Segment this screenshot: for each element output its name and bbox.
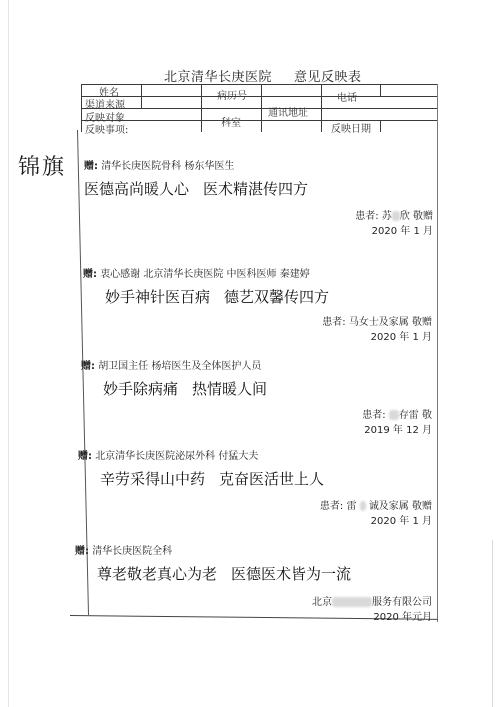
feedback-form-header: 姓名 病历号 电话 渠道来源 通讯地址 反映对象 科室 反映日期 反映事项: — [81, 84, 438, 132]
slogan: 医德高尚暖人心医术精湛传四方 — [84, 178, 308, 199]
form-line — [81, 84, 438, 85]
form-line — [321, 84, 322, 132]
recipient-line: 赠: 清华长庚医院骨科 杨东华医生 — [84, 157, 308, 172]
field-label-address: 通讯地址 — [268, 104, 308, 119]
slogan: 尊老敬老真心为老医德医术皆为一流 — [97, 563, 351, 584]
scan-edge-left — [8, 0, 9, 707]
field-label-department: 科室 — [221, 114, 241, 129]
hospital-name: 北京清华长庚医院 — [164, 70, 272, 85]
donation-date: 2020 年 1 月 — [355, 224, 433, 239]
recipient-line: 赠: 北京清华长庚医院泌尿外科 付猛大夫 — [78, 447, 324, 462]
signature-block: 患者: 苏欣 敬赠 2020 年 1 月 — [355, 209, 433, 239]
redacted-text — [392, 211, 400, 221]
slogan: 妙手除病痛热情暖人间 — [103, 378, 267, 399]
donation-date: 2020 年 1 月 — [322, 330, 432, 345]
banner-entry: 赠: 北京清华长庚医院泌尿外科 付猛大夫 辛劳采得山中药克奋医活世上人 — [78, 447, 324, 489]
banner-entry: 赠: 清华长庚医院骨科 杨东华医生 医德高尚暖人心医术精湛传四方 — [84, 157, 308, 199]
field-label-date: 反映日期 — [331, 120, 371, 135]
recipient-line: 赠: 衷心感谢 北京清华长庚医院 中医科医师 秦建婷 — [83, 265, 329, 280]
field-label-matters: 反映事项: — [85, 121, 128, 136]
recipient-line: 赠: 清华长庚医院全科 — [75, 542, 351, 557]
redacted-text — [332, 597, 372, 607]
banner-entry: 赠: 衷心感谢 北京清华长庚医院 中医科医师 秦建婷 妙手神针医百病德艺双馨传四… — [83, 265, 329, 307]
slogan: 辛劳采得山中药克奋医活世上人 — [100, 468, 324, 489]
scan-edge-right — [492, 540, 493, 707]
form-line — [81, 96, 438, 97]
recipient: 清华长庚医院骨科 杨东华医生 — [101, 161, 234, 172]
recipient: 清华长庚医院全科 — [92, 546, 172, 557]
form-line — [141, 84, 142, 108]
banner-entry: 赠: 胡卫国主任 杨培医生及全体医护人员 妙手除病痛热情暖人间 — [81, 357, 267, 399]
donation-date: 2020 年 1 月 — [320, 514, 432, 529]
donor-line: 患者: 马女士及家属 敬赠 — [322, 315, 432, 330]
redacted-text — [360, 501, 366, 511]
page-title: 北京清华长庚医院意见反映表 — [164, 66, 362, 85]
redacted-text — [389, 410, 399, 420]
form-line — [201, 84, 202, 132]
signature-block: 患者: 马女士及家属 敬赠 2020 年 1 月 — [322, 315, 432, 345]
form-line — [261, 84, 262, 132]
banner-label: 锦旗 — [18, 150, 66, 181]
donor-line: 患者: 苏欣 敬赠 — [355, 209, 433, 224]
banner-entry: 赠: 清华长庚医院全科 尊老敬老真心为老医德医术皆为一流 — [75, 542, 351, 584]
signature-block: 患者: 存雷 敬 2019 年 12 月 — [362, 408, 432, 438]
donor-line: 患者: 雷 诚及家属 敬赠 — [320, 499, 432, 514]
donation-date: 2019 年 12 月 — [362, 423, 432, 438]
donor-line: 北京服务有限公司 — [312, 595, 432, 610]
box-border-right — [437, 84, 438, 622]
form-line — [81, 120, 438, 121]
form-line — [380, 84, 381, 96]
field-label-record-no: 病历号 — [217, 87, 247, 102]
form-line — [81, 108, 438, 109]
field-label-phone: 电话 — [337, 89, 357, 104]
form-title: 意见反映表 — [294, 70, 362, 85]
recipient: 胡卫国主任 杨培医生及全体医护人员 — [98, 361, 261, 372]
signature-block: 北京服务有限公司 2020 年元月 — [312, 595, 432, 625]
donation-date: 2020 年元月 — [312, 610, 432, 625]
recipient: 北京清华长庚医院泌尿外科 付猛大夫 — [95, 451, 258, 462]
slogan: 妙手神针医百病德艺双馨传四方 — [105, 286, 329, 307]
donor-line: 患者: 存雷 敬 — [362, 408, 432, 423]
signature-block: 患者: 雷 诚及家属 敬赠 2020 年 1 月 — [320, 499, 432, 529]
form-line — [81, 84, 82, 132]
form-line — [380, 120, 381, 132]
recipient: 衷心感谢 北京清华长庚医院 中医科医师 秦建婷 — [100, 269, 310, 280]
recipient-line: 赠: 胡卫国主任 杨培医生及全体医护人员 — [81, 357, 267, 372]
